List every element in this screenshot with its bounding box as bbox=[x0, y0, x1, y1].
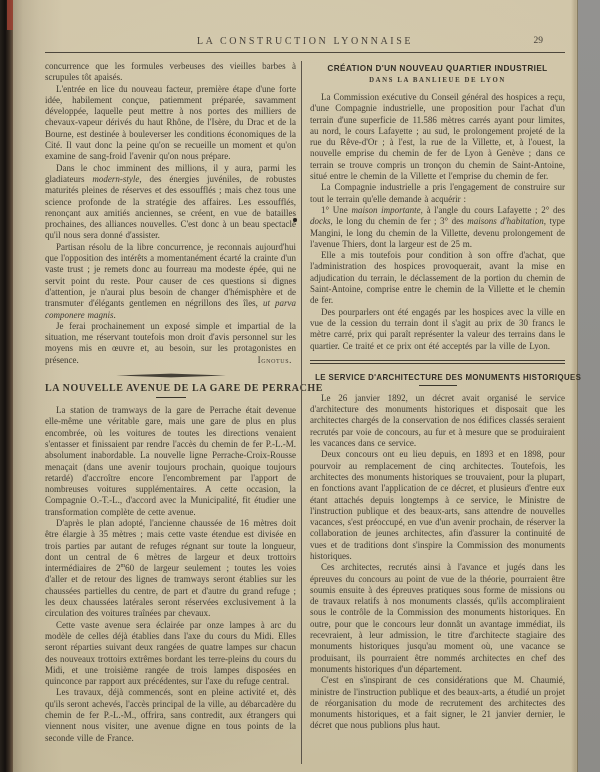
author-signature: Ignotus. bbox=[45, 355, 292, 366]
paragraph: Cette vaste avenue sera éclairée par onz… bbox=[45, 620, 296, 688]
article-quartier-body: La Commission exécutive du Conseil génér… bbox=[310, 92, 565, 352]
article-subheading-banlieue: DANS LA BANLIEUE DE LYON bbox=[310, 77, 565, 84]
paragraph: La station de tramways de la gare de Per… bbox=[45, 405, 296, 518]
article-heading-monuments: LE SERVICE D'ARCHITECTURE DES MONUMENTS … bbox=[315, 373, 560, 382]
article-perrache-body: La station de tramways de la gare de Per… bbox=[45, 405, 296, 744]
paragraph: Ces architectes, recrutés ainsi à l'avan… bbox=[310, 562, 565, 675]
article-heading-perrache: LA NOUVELLE AVENUE DE LA GARE DE PERRACH… bbox=[45, 383, 296, 394]
masthead: LA CONSTRUCTION LYONNAISE 29 bbox=[45, 0, 565, 52]
article-continuation-body: concurrence que les formules verbeuses d… bbox=[45, 61, 296, 366]
journal-page: LA CONSTRUCTION LYONNAISE 29 concurrence… bbox=[13, 0, 578, 772]
printer-ink-dot bbox=[293, 218, 297, 222]
paragraph: Les travaux, déjà commencés, sont en ple… bbox=[45, 687, 296, 743]
heading-underline bbox=[419, 385, 457, 386]
paragraph: Partisan résolu de la libre concurrence,… bbox=[45, 242, 296, 321]
heading-underline bbox=[156, 397, 186, 398]
left-column: concurrence que les formules verbeuses d… bbox=[45, 61, 296, 744]
paragraph: La Commission exécutive du Conseil génér… bbox=[310, 92, 565, 182]
two-column-layout: concurrence que les formules verbeuses d… bbox=[45, 61, 565, 764]
paragraph: Deux concours ont eu lieu depuis, en 189… bbox=[310, 449, 565, 562]
article-monuments-body: Le 26 janvier 1892, un décret avait orga… bbox=[310, 393, 565, 732]
right-column: CRÉATION D'UN NOUVEAU QUARTIER INDUSTRIE… bbox=[310, 61, 565, 732]
paragraph: Elle a mis toutefois pour condition à so… bbox=[310, 250, 565, 306]
paragraph: C'est en s'inspirant de ces considératio… bbox=[310, 675, 565, 731]
paragraph: Le 26 janvier 1892, un décret avait orga… bbox=[310, 393, 565, 449]
header-rule bbox=[45, 52, 565, 53]
journal-title: LA CONSTRUCTION LYONNAISE bbox=[45, 36, 565, 47]
scanned-journal-photo: LA CONSTRUCTION LYONNAISE 29 concurrence… bbox=[0, 0, 600, 772]
paragraph: Dans le choc imminent des millions, il y… bbox=[45, 163, 296, 242]
paragraph: La Compagnie industrielle a pris l'engag… bbox=[310, 182, 565, 205]
paragraph: D'après le plan adopté, l'ancienne chaus… bbox=[45, 518, 296, 620]
double-rule-divider bbox=[310, 360, 565, 364]
paragraph: concurrence que les formules verbeuses d… bbox=[45, 61, 296, 84]
book-spine-edge bbox=[0, 0, 13, 772]
paragraph: L'entrée en lice du nouveau facteur, pre… bbox=[45, 84, 296, 163]
column-divider-rule bbox=[301, 61, 302, 764]
paragraph: 1° Une maison importante, à l'angle du c… bbox=[310, 205, 565, 250]
swelled-rule-divider bbox=[116, 373, 226, 378]
article-heading-quartier: CRÉATION D'UN NOUVEAU QUARTIER INDUSTRIE… bbox=[310, 64, 565, 73]
page-number: 29 bbox=[534, 36, 544, 46]
paragraph: Des pourparlers ont été engagés par les … bbox=[310, 307, 565, 352]
